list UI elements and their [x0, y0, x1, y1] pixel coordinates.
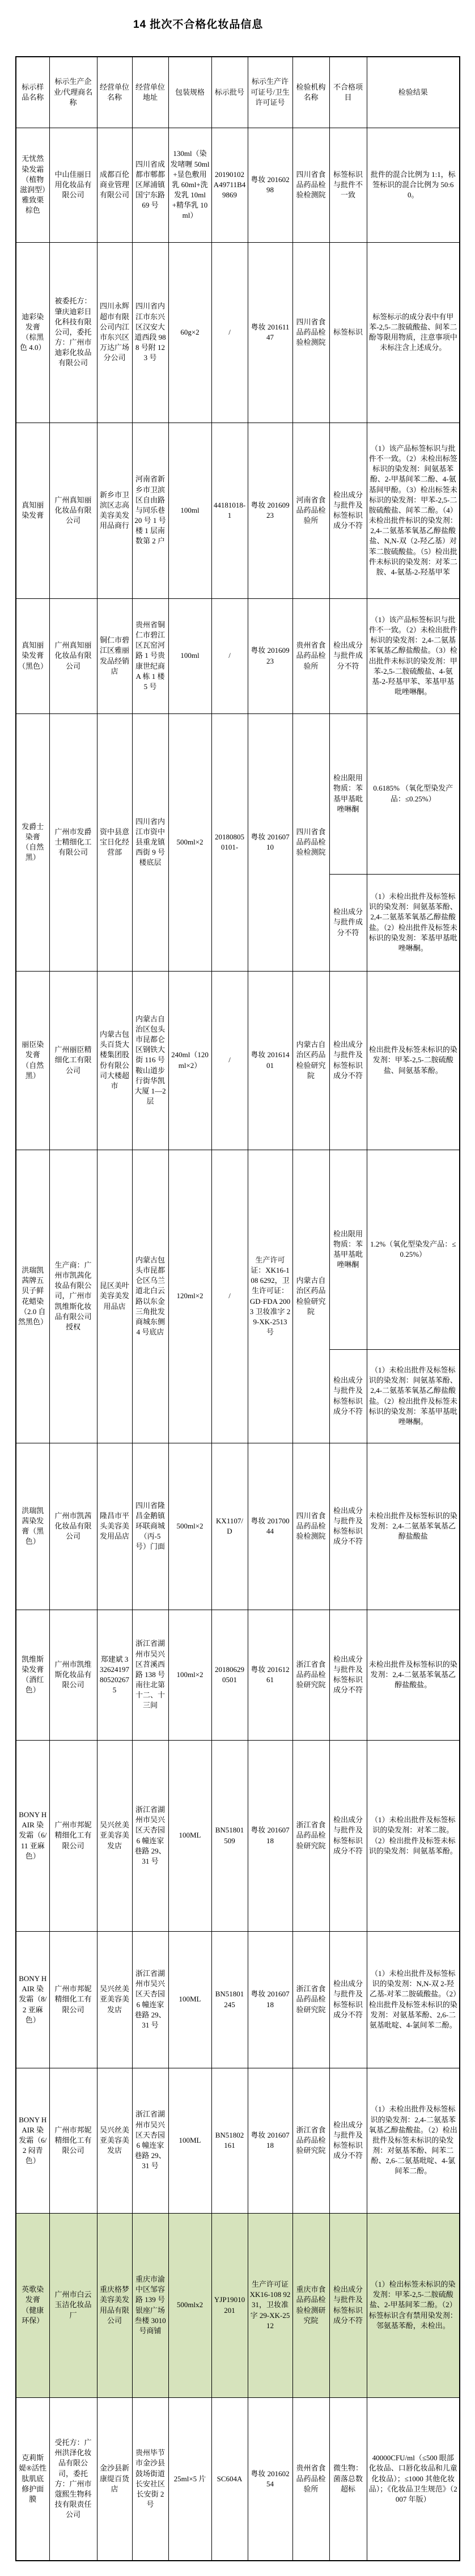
table-cell: 内蒙古自治区包头市昆都仑区钢铁大街 116 号鞍山道步行街华凯大厦 1—2 层: [132, 971, 168, 1150]
table-cell: 广州丽臣精细化工有限公司: [49, 971, 97, 1150]
table-cell: 1.2%（氧化型染发产品：≤0.25%）: [367, 1150, 460, 1349]
table-cell: 100ml×2: [168, 1610, 211, 1740]
table-cell: 粤妆 20160923: [248, 423, 292, 598]
table-cell: 浙江省食品药品检验研究院: [292, 1740, 329, 1931]
table-cell: BN51801509: [211, 1740, 248, 1931]
table-cell: 吴兴丝美亚美容美发店: [97, 1740, 132, 1931]
table-cell: 60g×2: [168, 242, 211, 423]
table-row: 洪瑞凯茜牌五贝子鲜花蜡染（2.0 自然黑色）生产商：广州市凯茜化妆品有限公司，广…: [16, 1150, 460, 1349]
table-cell: SC604A: [211, 2397, 248, 2561]
results-table-body: 无忧然染发霜（植物滋润型）雅致栗棕色中山佳丽日用化妆品有限公司成都百伦商业管理有…: [16, 128, 460, 2561]
table-row: 迪彩染发膏（棕黑色 4.0）被委托方：肇庆迪彩日化科技有限公司，委托方：广州市迪…: [16, 242, 460, 423]
table-row: 无忧然染发霜（植物滋润型）雅致栗棕色中山佳丽日用化妆品有限公司成都百伦商业管理有…: [16, 128, 460, 242]
table-cell: 铜仁市碧江区雅丽发品经销店: [97, 598, 132, 713]
table-cell: 广州真知丽化妆品有限公司: [49, 598, 97, 713]
table-cell: （1）检出标签未标识的染发剂：甲苯-2,5-二胺硫酸盐、2-甲基间苯二酚。（2）…: [367, 2213, 460, 2397]
table-cell: 粤妆 20160718: [248, 2068, 292, 2213]
table-cell: 中山佳丽日用化妆品有限公司: [49, 128, 97, 242]
table-row: 真知丽染发膏广州真知丽化妆品有限公司新乡市卫滨区志高美容美发用品商行河南省新乡市…: [16, 423, 460, 598]
table-cell: 粤妆 20160298: [248, 128, 292, 242]
table-cell: 英歌染发膏（健康环保）: [16, 2213, 49, 2397]
header-cell: 标示批号: [211, 57, 248, 128]
table-cell: 四川省食品药品检验检测院: [292, 242, 329, 423]
table-cell: 贵州省食品药品检验所: [292, 598, 329, 713]
table-cell: 河南省食品药品检验所: [292, 423, 329, 598]
results-table-head: 标示样品名称标示生产企业/代理商名称经营单位名称经营单位地址包装规格标示批号标示…: [16, 57, 460, 128]
table-cell: 500ml×2: [168, 713, 211, 971]
table-cell: 四川省隆昌金鹅镇环联商城（丙-5 号）门面: [132, 1443, 168, 1610]
table-cell: 重庆市渝中区邹容路 139 号银座广场叁楼 3010 号商铺: [132, 2213, 168, 2397]
table-row: 洪瑞凯茜染发膏（黑色）广州市凯茜化妆品有限公司隆昌市平头美容美发用品店四川省隆昌…: [16, 1443, 460, 1610]
header-cell: 经营单位名称: [97, 57, 132, 128]
table-cell: 生产许可证 XK16-108 9231，卫妆准字 29-XK-2512: [248, 2213, 292, 2397]
header-cell: 标示样品名称: [16, 57, 49, 128]
table-cell: 昆区美叶美容美发用品店: [97, 1150, 132, 1443]
table-cell: 浙江省湖州市吴兴区天杏园 6 幢连家巷路 29、31 号: [132, 2068, 168, 2213]
table-row: 克莉斯媞®活性肽肌底修护面膜受托方：广州洪泽化妆品有限公司，委托方：广州市蔻熙生…: [16, 2397, 460, 2561]
table-cell: 微生物：菌落总数超标: [329, 2397, 367, 2561]
table-cell: 检出成分与批件及标签标识成分不符: [329, 1740, 367, 1931]
header-cell: 不合格项目: [329, 57, 367, 128]
table-cell: 广州市发爵士精细化工有限公司: [49, 713, 97, 971]
table-cell: 重庆市食品药品检验检测研究院: [292, 2213, 329, 2397]
results-table: 标示样品名称标示生产企业/代理商名称经营单位名称经营单位地址包装规格标示批号标示…: [15, 56, 460, 2561]
table-cell: 检出成分与批件成分不符: [329, 598, 367, 713]
table-cell: 四川省食品药品检验检测院: [292, 713, 329, 971]
table-cell: 广州市邦妮精细化工有限公司: [49, 1931, 97, 2068]
table-cell: 检出成分与批件及标签标识成分不符: [329, 2213, 367, 2397]
header-cell: 包装规格: [168, 57, 211, 128]
table-cell: 100ml: [168, 423, 211, 598]
table-cell: 广州市白云玉洁化妆品厂: [49, 2213, 97, 2397]
table-cell: BONY HAIR 染发霜（6/11 亚麻色）: [16, 1740, 49, 1931]
table-cell: 四川省食品药品检验检测院: [292, 128, 329, 242]
table-cell: 检出成分与批件成分不符: [329, 874, 367, 971]
header-row: 标示样品名称标示生产企业/代理商名称经营单位名称经营单位地址包装规格标示批号标示…: [16, 57, 460, 128]
table-cell: 130ml（染发啫喱 50ml+显色敷用乳 60ml+洗发乳 10ml+精华乳 …: [168, 128, 211, 242]
table-cell: 201806290501: [211, 1610, 248, 1740]
table-cell: 浙江省湖州市吴兴区苕溪西路 138 号南往北第十二、十三间: [132, 1610, 168, 1740]
table-cell: 内蒙古自治区药品检验研究院: [292, 1150, 329, 1443]
table-cell: 20180805 0101-: [211, 713, 248, 971]
table-cell: 浙江省食品药品检验研究院: [292, 2068, 329, 2213]
table-cell: 粤妆 20170044: [248, 1443, 292, 1610]
table-cell: 检出批件及标签未标识的染发剂：甲苯-2,5-二胺硫酸盐、间氨基苯酚。: [367, 971, 460, 1150]
table-cell: 500ml×2: [168, 1443, 211, 1610]
table-cell: 粤妆 20161147: [248, 242, 292, 423]
table-cell: YJP19010201: [211, 2213, 248, 2397]
table-cell: 无忧然染发霜（植物滋润型）雅致栗棕色: [16, 128, 49, 242]
page-title: 14 批次不合格化妆品信息: [133, 16, 475, 31]
table-cell: （1）未检出批件及标签标识的染发剂：N,N-双 2-羟乙基-对苯二胺硫酸盐。（2…: [367, 1931, 460, 2068]
table-cell: 粤妆 20160923: [248, 598, 292, 713]
table-cell: 生产许可证：XK16-108 6292，卫生许可证：GD·FDA 2003 卫妆…: [248, 1150, 292, 1443]
table-cell: 粤妆 20160718: [248, 1740, 292, 1931]
table-cell: 广州市凯茜化妆品有限公司: [49, 1443, 97, 1610]
table-cell: 四川省内江市资中县重龙镇西街 9 号楼底层: [132, 713, 168, 971]
table-row: 发爵士染膏（自然黑）广州市发爵士精细化工有限公司资中县意宝日化经营部四川省内江市…: [16, 713, 460, 874]
table-cell: 检出成分与批件及标签标识成分不符: [329, 971, 367, 1150]
table-cell: BN51801245: [211, 1931, 248, 2068]
table-cell: 粤妆 20161401: [248, 971, 292, 1150]
table-cell: 标签标示的成分表中有甲苯-2,5-二胺硫酸盐、间苯二酚等限用物质，注意事项中未标…: [367, 242, 460, 423]
table-cell: 检出成分与批件及标签标识成分不符: [329, 423, 367, 598]
table-cell: 未检出批件及标签标识的染发剂：2,4-二氨基苯氧基乙醇盐酸盐: [367, 1443, 460, 1610]
table-cell: 内蒙古自治区药品检验研究院: [292, 971, 329, 1150]
table-cell: 四川永辉超市有限公司内江市东兴区万达广场分公司: [97, 242, 132, 423]
table-cell: 0.6185% （氧化型染发产品：≤0.25%）: [367, 713, 460, 874]
table-cell: 检出限用物质：苯基甲基吡唑啉酮: [329, 713, 367, 874]
table-cell: 广州真知丽化妆品有限公司: [49, 423, 97, 598]
table-cell: 真知丽染发膏（黑色）: [16, 598, 49, 713]
table-cell: BONY HAIR 染发霜（6/2 闷青色）: [16, 2068, 49, 2213]
table-cell: （1）未检出批件及标签标识的染发剂：间氨基苯酚、2,4-二氨基苯氧基乙醇盐酸盐。…: [367, 1349, 460, 1443]
table-cell: 发爵士染膏（自然黑）: [16, 713, 49, 971]
header-cell: 标示生产许可证号/卫生许可证号: [248, 57, 292, 128]
table-cell: 受托方：广州洪泽化妆品有限公司，委托方：广州市蔻熙生物科技有限责任公司: [49, 2397, 97, 2561]
table-cell: 100ML: [168, 1740, 211, 1931]
table-cell: 40000CFU/ml（≤500 眼部化妆品、口唇化妆品和儿童化妆品）；≤100…: [367, 2397, 460, 2561]
table-cell: 贵州省食品药品检验所: [292, 2397, 329, 2561]
table-cell: 丽臣染发膏（自然黑）: [16, 971, 49, 1150]
table-cell: 资中县意宝日化经营部: [97, 713, 132, 971]
table-cell: 内蒙古包头百货大楼集团股份有限公司大楼超市: [97, 971, 132, 1150]
table-cell: 郑建斌 332624197805202675: [97, 1610, 132, 1740]
table-row: BONY HAIR 染发霜（6/2 闷青色）广州市邦妮精细化工有限公司吴兴丝美亚…: [16, 2068, 460, 2213]
table-cell: 标签标识与批件不一致: [329, 128, 367, 242]
table-cell: 检出限用物质：苯基甲基吡唑啉酮: [329, 1150, 367, 1349]
table-cell: 吴兴丝美亚美容美发店: [97, 2068, 132, 2213]
table-cell: 内蒙古包头市昆都仑区乌兰道北白云路以东金三角批发商城东侧 4 号底店: [132, 1150, 168, 1443]
table-cell: KX1107/D: [211, 1443, 248, 1610]
table-cell: 未检出批件及标签标识的染发剂：2,4-二氨基苯氧基乙醇盐酸盐。: [367, 1610, 460, 1740]
table-cell: /: [211, 1150, 248, 1443]
table-row-highlighted: 英歌染发膏（健康环保）广州市白云玉洁化妆品厂重庆格梦美容美发用品有限公司重庆市渝…: [16, 2213, 460, 2397]
table-cell: 广州市邦妮精细化工有限公司: [49, 1740, 97, 1931]
table-cell: 粤妆 20160254: [248, 2397, 292, 2561]
table-cell: 隆昌市平头美容美发用品店: [97, 1443, 132, 1610]
table-cell: 贵州毕节市金沙县鼓场街道长安社区长安街 2 号: [132, 2397, 168, 2561]
table-cell: （1）未检出批件及标签标识的染发剂：对苯二胺。（2）检出批件及标签未标识的染发剂…: [367, 1740, 460, 1931]
table-cell: BONY HAIR 染发霜（8/2 亚麻色）: [16, 1931, 49, 2068]
table-cell: 检出成分与批件及标签标识成分不符: [329, 2068, 367, 2213]
table-cell: 克莉斯媞®活性肽肌底修护面膜: [16, 2397, 49, 2561]
table-cell: 25ml×5 片: [168, 2397, 211, 2561]
table-cell: 20190102A49711B49869: [211, 128, 248, 242]
table-cell: 浙江省湖州市吴兴区天杏园 6 幢连家巷路 29、31 号: [132, 1931, 168, 2068]
table-cell: /: [211, 971, 248, 1150]
table-cell: 检出成分与批件及标签标识成分不符: [329, 1349, 367, 1443]
table-cell: 240ml（120ml×2）: [168, 971, 211, 1150]
table-cell: 120ml×2: [168, 1150, 211, 1443]
table-cell: 凯维斯染发膏（酒红色）: [16, 1610, 49, 1740]
table-cell: BN51802161: [211, 2068, 248, 2213]
table-cell: 洪瑞凯茜牌五贝子鲜花蜡染（2.0 自然黑色）: [16, 1150, 49, 1443]
table-cell: （1）未检出批件及标签标识的染发剂：间氨基苯酚、2,4-二氨基苯氧基乙醇盐酸盐。…: [367, 874, 460, 971]
table-cell: （1）该产品标签标识与批件不一致。（2）未检出批件标识的染发剂：2,4-二氨基苯…: [367, 598, 460, 713]
table-cell: /: [211, 242, 248, 423]
table-cell: （1）未检出批件及标签标识的染发剂：2,4-二氨基苯氧基乙醇盐酸盐。（2）检出批…: [367, 2068, 460, 2213]
table-cell: 真知丽染发膏: [16, 423, 49, 598]
table-cell: 广州市邦妮精细化工有限公司: [49, 2068, 97, 2213]
table-cell: 100ml: [168, 598, 211, 713]
table-cell: 四川省食品药品检验检测院: [292, 1443, 329, 1610]
table-cell: 浙江省食品药品检验研究院: [292, 1931, 329, 2068]
document-page: 14 批次不合格化妆品信息 标示样品名称标示生产企业/代理商名称经营单位名称经营…: [0, 0, 475, 2573]
table-cell: 迪彩染发膏（棕黑色 4.0）: [16, 242, 49, 423]
table-cell: 标签标识: [329, 242, 367, 423]
table-row: 丽臣染发膏（自然黑）广州丽臣精细化工有限公司内蒙古包头百货大楼集团股份有限公司大…: [16, 971, 460, 1150]
table-cell: 广州市凯维斯化妆品有限公司: [49, 1610, 97, 1740]
header-cell: 标示生产企业/代理商名称: [49, 57, 97, 128]
table-cell: 粤妆 20161261: [248, 1610, 292, 1740]
header-cell: 检验机构名称: [292, 57, 329, 128]
table-cell: 检出成分与批件及标签标识成分不符: [329, 1610, 367, 1740]
table-cell: 44181018-1: [211, 423, 248, 598]
table-cell: 检出成分与批件及标签标识成分不符: [329, 1443, 367, 1610]
table-cell: 100ML: [168, 2068, 211, 2213]
table-cell: 河南省新乡市卫滨区自由路与同乐巷 20 号 1 号楼 1 层南数第 2 户: [132, 423, 168, 598]
table-cell: 四川省成都市郫都区犀浦镇国宁东路 69 号: [132, 128, 168, 242]
table-cell: 500mlx2: [168, 2213, 211, 2397]
header-cell: 经营单位地址: [132, 57, 168, 128]
table-cell: 被委托方：肇庆迪彩日化科技有限公司，委托方：广州市迪彩化妆品有限公司: [49, 242, 97, 423]
table-cell: 四川省内江市东兴区汉安大道西段 988 号附 123 号: [132, 242, 168, 423]
table-cell: 吴兴丝美亚美容美发店: [97, 1931, 132, 2068]
table-row: BONY HAIR 染发霜（8/2 亚麻色）广州市邦妮精细化工有限公司吴兴丝美亚…: [16, 1931, 460, 2068]
header-cell: 检验结果: [367, 57, 460, 128]
table-cell: 批件的混合比例为 1:1，标签标识的混合比例为 50:60。: [367, 128, 460, 242]
table-row: BONY HAIR 染发霜（6/11 亚麻色）广州市邦妮精细化工有限公司吴兴丝美…: [16, 1740, 460, 1931]
table-cell: 重庆格梦美容美发用品有限公司: [97, 2213, 132, 2397]
table-cell: 粤妆 20160710: [248, 713, 292, 971]
table-cell: 金沙县新康缇百货店: [97, 2397, 132, 2561]
table-cell: 贵州省铜仁市碧江区瓦窑河路 1 号贵康世纪商 A 栋 1 楼 5 号: [132, 598, 168, 713]
table-cell: （1）该产品标签标识与批件不一致。（2）未检出标签标识的染发剂：间氨基苯酚、2-…: [367, 423, 460, 598]
table-row: 真知丽染发膏（黑色）广州真知丽化妆品有限公司铜仁市碧江区雅丽发品经销店贵州省铜仁…: [16, 598, 460, 713]
table-cell: /: [211, 598, 248, 713]
table-cell: 新乡市卫滨区志高美容美发用品商行: [97, 423, 132, 598]
table-cell: 成都百伦商业管理有限公司: [97, 128, 132, 242]
table-cell: 浙江省食品药品检验研究院: [292, 1610, 329, 1740]
table-cell: 浙江省湖州市吴兴区天杏园 6 幢连家巷路 29、31 号: [132, 1740, 168, 1931]
table-row: 凯维斯染发膏（酒红色）广州市凯维斯化妆品有限公司郑建斌 332624197805…: [16, 1610, 460, 1740]
table-cell: 检出成分与批件及标签标识成分不符: [329, 1931, 367, 2068]
table-cell: 洪瑞凯茜染发膏（黑色）: [16, 1443, 49, 1610]
table-cell: 生产商：广州市凯茜化妆品有限公司，广州市凯维斯化妆品有限公司授权: [49, 1150, 97, 1443]
table-cell: 100ML: [168, 1931, 211, 2068]
table-cell: 粤妆 20160718: [248, 1931, 292, 2068]
